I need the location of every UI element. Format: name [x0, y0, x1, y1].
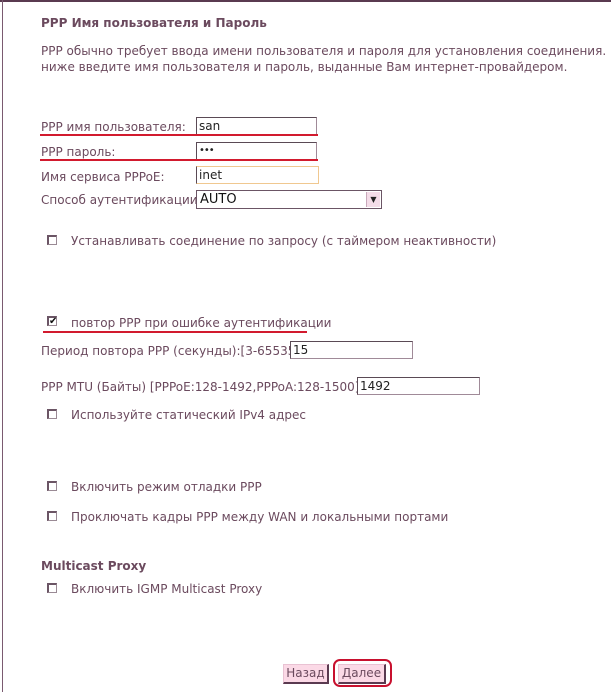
mtu-input[interactable]: 1492 — [357, 377, 480, 395]
bridge-ppp-label: Проключать кадры PPP между WAN и локальн… — [71, 510, 448, 524]
description-line-1: PPP обычно требует ввода имени пользоват… — [41, 43, 611, 59]
bridge-ppp-checkbox[interactable] — [47, 511, 57, 521]
annotation-underline-retry — [43, 331, 307, 333]
igmp-proxy-label: Включить IGMP Multicast Proxy — [71, 582, 262, 596]
frame-left-border — [2, 0, 3, 692]
static-ipv4-label: Используйте статический IPv4 адрес — [71, 408, 306, 422]
back-button[interactable]: Назад — [283, 664, 329, 684]
debug-mode-label: Включить режим отладки PPP — [71, 480, 262, 494]
next-button[interactable]: Далее — [338, 664, 386, 684]
section-title-multicast: Multicast Proxy — [41, 559, 146, 573]
password-label: PPP пароль: — [41, 145, 115, 159]
auth-method-value: AUTO — [200, 192, 237, 207]
frame-top-border — [0, 0, 611, 2]
retry-period-input[interactable]: 15 — [290, 341, 413, 359]
username-label: PPP имя пользователя: — [41, 120, 186, 134]
service-name-label: Имя сервиса PPPoE: — [41, 170, 165, 184]
annotation-underline-username — [40, 134, 318, 136]
username-input[interactable]: san — [196, 117, 317, 135]
check-icon: ✔ — [49, 316, 57, 327]
igmp-proxy-checkbox[interactable] — [47, 583, 57, 593]
description-line-2: ниже введите имя пользователя и пароль, … — [41, 59, 611, 75]
on-demand-checkbox[interactable] — [47, 235, 57, 245]
auth-method-select[interactable]: AUTO ▼ — [196, 190, 382, 209]
auth-method-label: Способ аутентификации: — [41, 193, 202, 207]
static-ipv4-checkbox[interactable] — [47, 409, 57, 419]
section-title-ppp: PPP Имя пользователя и Пароль — [41, 16, 267, 30]
section-description: PPP обычно требует ввода имени пользоват… — [41, 43, 611, 75]
chevron-down-icon[interactable]: ▼ — [366, 192, 380, 207]
annotation-underline-password — [40, 159, 318, 161]
retry-period-label: Период повтора PPP (секунды):[3-65535] — [41, 344, 300, 358]
on-demand-label: Устанавливать соединение по запросу (с т… — [71, 234, 496, 248]
password-input[interactable]: ••• — [196, 142, 317, 160]
debug-mode-checkbox[interactable] — [47, 481, 57, 491]
mtu-label: PPP MTU (Байты) [PPPoE:128-1492,PPPoA:12… — [41, 380, 364, 394]
retry-auth-label: повтор PPP при ошибке аутентификации — [71, 316, 331, 330]
service-name-input[interactable]: inet — [196, 166, 319, 184]
retry-auth-checkbox[interactable]: ✔ — [47, 316, 57, 326]
